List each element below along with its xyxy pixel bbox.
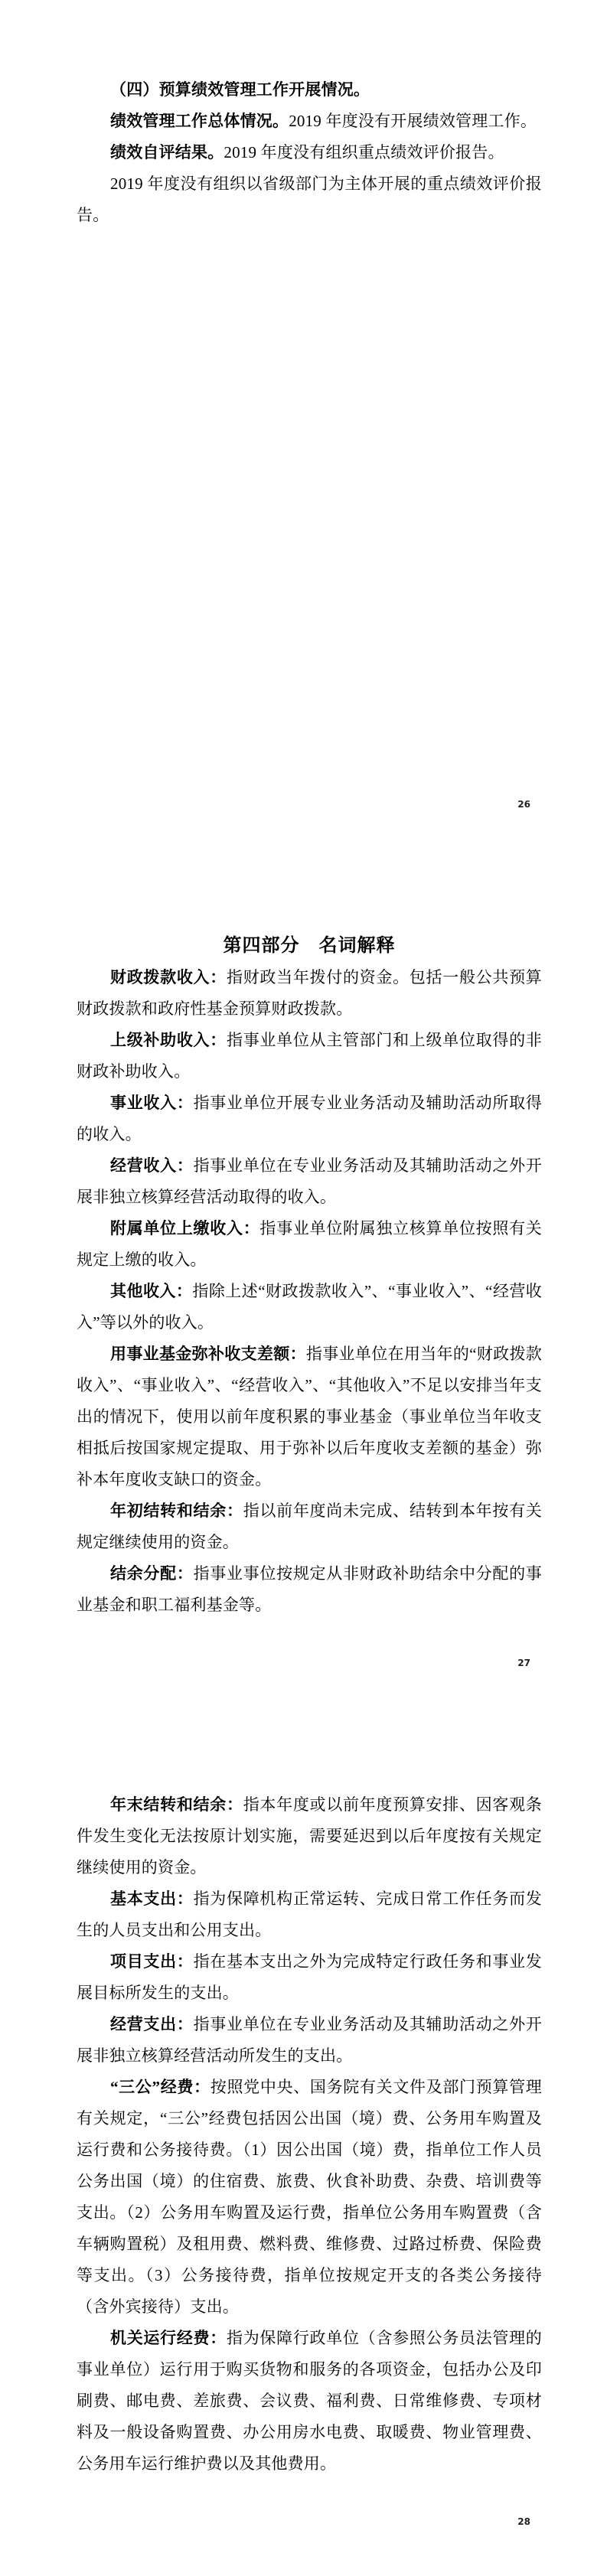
- term-paragraph: 2019 年度没有组织以省级部门为主体开展的重点绩效评价报告。: [77, 168, 542, 231]
- term-paragraph: 年末结转和结余：指本年度或以前年度预算安排、因客观条件发生变化无法按原计划实施，…: [77, 1789, 542, 1883]
- term-lead: 基本支出：: [110, 1890, 194, 1908]
- term-paragraph: 事业收入：指事业单位开展专业业务活动及辅助活动所取得的收入。: [77, 1087, 542, 1150]
- term-definition: 指事业单位在用当年的“财政拨款收入”、“事业收入”、“经营收入”、“其他收入”不…: [77, 1345, 542, 1489]
- term-lead: 项目支出：: [110, 1952, 194, 1971]
- term-paragraph: 绩效自评结果。2019 年度没有组织重点绩效评价报告。: [77, 137, 542, 168]
- term-definition: 指为保障行政单位（含参照公务员法管理的事业单位）运行用于购买货物和服务的各项资金…: [77, 2329, 542, 2473]
- term-definition: 按照党中央、国务院有关文件及部门预算管理有关规定，“三公”经费包括因公出国（境）…: [77, 2078, 542, 2316]
- term-lead: 上级补助收入：: [110, 1031, 227, 1049]
- term-lead: 附属单位上缴收入：: [110, 1219, 259, 1237]
- term-lead: 绩效管理工作总体情况。: [110, 112, 289, 130]
- term-lead: “三公”经费：: [110, 2078, 210, 2096]
- term-lead: 财政拨款收入：: [110, 968, 227, 986]
- page-number: 27: [517, 1658, 530, 1668]
- page-number: 26: [517, 799, 530, 810]
- term-definition: 2019 年度没有开展绩效管理工作。: [289, 112, 537, 130]
- term-definition: 2019 年度没有组织以省级部门为主体开展的重点绩效评价报告。: [77, 174, 542, 224]
- page: 年末结转和结余：指本年度或以前年度预算安排、因客观条件发生变化无法按原计划实施，…: [0, 1717, 607, 2576]
- term-paragraph: 年初结转和结余：指以前年度尚未完成、结转到本年按有关规定继续使用的资金。: [77, 1495, 542, 1558]
- term-paragraph: 用事业基金弥补收支差额：指事业单位在用当年的“财政拨款收入”、“事业收入”、“经…: [77, 1339, 542, 1495]
- part-title: 第四部分 名词解释: [77, 931, 542, 962]
- term-paragraph: 经营支出：指事业单位在专业业务活动及其辅助活动之外开展非独立核算经营活动所发生的…: [77, 2009, 542, 2072]
- term-lead: 机关运行经费：: [110, 2329, 227, 2347]
- term-lead: 其他收入：: [110, 1282, 192, 1300]
- term-lead: 结余分配：: [110, 1564, 194, 1583]
- term-lead: 经营收入：: [110, 1156, 194, 1175]
- term-lead: 年末结转和结余：: [110, 1795, 243, 1814]
- term-lead: 经营支出：: [110, 2015, 194, 2033]
- term-paragraph: “三公”经费：按照党中央、国务院有关文件及部门预算管理有关规定，“三公”经费包括…: [77, 2072, 542, 2323]
- document: （四）预算绩效管理工作开展情况。绩效管理工作总体情况。2019 年度没有开展绩效…: [0, 0, 607, 2576]
- term-paragraph: 结余分配：指事业事位按规定从非财政补助结余中分配的事业基金和职工福利基金等。: [77, 1558, 542, 1621]
- term-lead: 事业收入：: [110, 1094, 194, 1112]
- term-paragraph: 经营收入：指事业单位在专业业务活动及其辅助活动之外开展非独立核算经营活动取得的收…: [77, 1150, 542, 1213]
- term-lead: 绩效自评结果。: [110, 143, 224, 161]
- term-paragraph: 项目支出：指在基本支出之外为完成特定行政任务和事业发展目标所发生的支出。: [77, 1946, 542, 2009]
- term-lead: 年初结转和结余：: [110, 1502, 243, 1520]
- page: （四）预算绩效管理工作开展情况。绩效管理工作总体情况。2019 年度没有开展绩效…: [0, 0, 607, 859]
- term-paragraph: 附属单位上缴收入：指事业单位附属独立核算单位按照有关规定上缴的收入。: [77, 1213, 542, 1276]
- page-number: 28: [517, 2516, 530, 2527]
- term-paragraph: 基本支出：指为保障机构正常运转、完成日常工作任务而发生的人员支出和公用支出。: [77, 1883, 542, 1946]
- term-paragraph: 其他收入：指除上述“财政拨款收入”、“事业收入”、“经营收入”等以外的收入。: [77, 1276, 542, 1339]
- section-heading: （四）预算绩效管理工作开展情况。: [77, 74, 542, 106]
- term-lead: （四）预算绩效管理工作开展情况。: [110, 80, 370, 99]
- term-paragraph: 上级补助收入：指事业单位从主管部门和上级单位取得的非财政补助收入。: [77, 1025, 542, 1087]
- page-body: （四）预算绩效管理工作开展情况。绩效管理工作总体情况。2019 年度没有开展绩效…: [77, 74, 542, 231]
- term-definition: 2019 年度没有组织重点绩效评价报告。: [224, 143, 504, 161]
- page-body: 年末结转和结余：指本年度或以前年度预算安排、因客观条件发生变化无法按原计划实施，…: [77, 1789, 542, 2480]
- term-paragraph: 绩效管理工作总体情况。2019 年度没有开展绩效管理工作。: [77, 106, 542, 137]
- page: 第四部分 名词解释 财政拨款收入：指财政当年拨付的资金。包括一般公共预算财政拨款…: [0, 859, 607, 1717]
- term-lead: 用事业基金弥补收支差额：: [110, 1345, 306, 1363]
- term-paragraph: 财政拨款收入：指财政当年拨付的资金。包括一般公共预算财政拨款和政府性基金预算财政…: [77, 962, 542, 1025]
- term-paragraph: 机关运行经费：指为保障行政单位（含参照公务员法管理的事业单位）运行用于购买货物和…: [77, 2323, 542, 2480]
- page-body: 财政拨款收入：指财政当年拨付的资金。包括一般公共预算财政拨款和政府性基金预算财政…: [77, 962, 542, 1621]
